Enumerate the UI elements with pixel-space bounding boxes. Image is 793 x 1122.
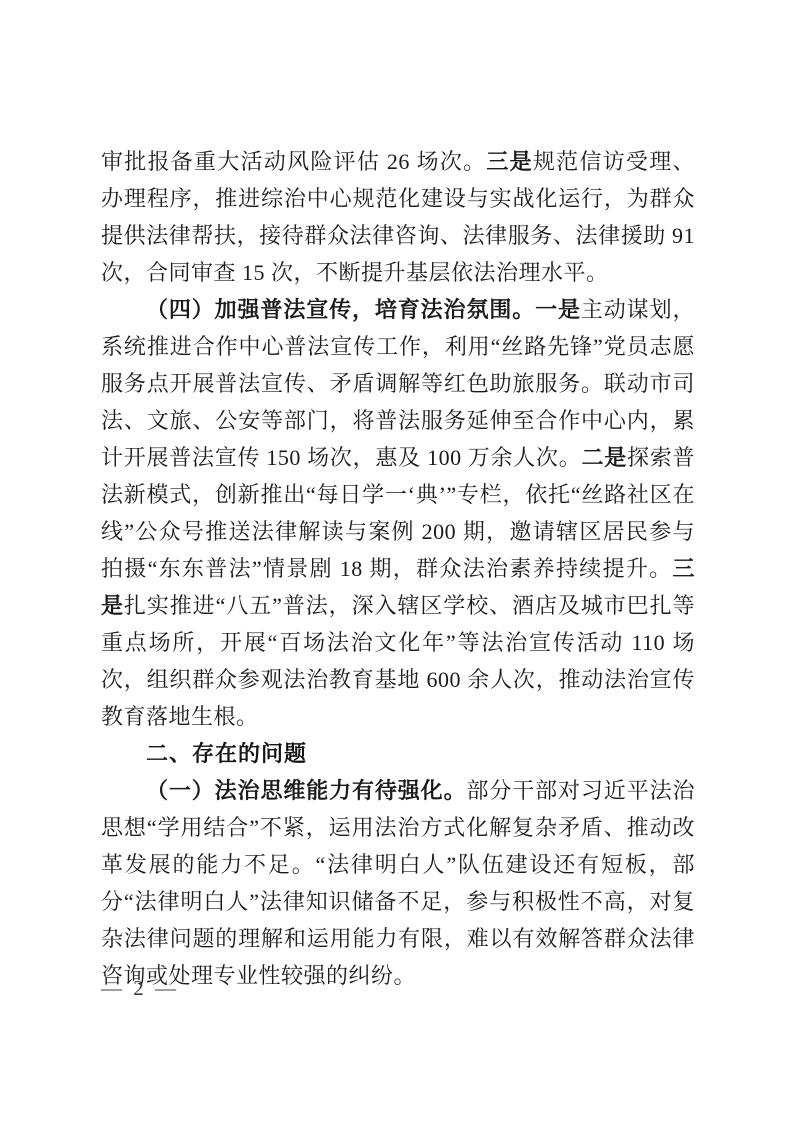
paragraph-continuation: 审批报备重大活动风险评估 26 场次。三是规范信访受理、办理程序，推进综治中心规…: [101, 143, 695, 291]
subheading-text: （四）加强普法宣传，培育法治氛围。: [146, 297, 535, 322]
emphasis-text: 三是: [486, 149, 533, 174]
emphasis-text: 一是: [535, 297, 581, 322]
document-body: 审批报备重大活动风险评估 26 场次。三是规范信访受理、办理程序，推进综治中心规…: [101, 143, 695, 994]
body-text: 扎实推进“八五”普法，深入辖区学校、酒店及城市巴扎等重点场所，开展“百场法治文化…: [101, 593, 695, 729]
page-number: — 2 —: [101, 976, 179, 1001]
paragraph-problem-1: （一）法治思维能力有待强化。部分干部对习近平法治思想“学用结合”不紧，运用法治方…: [101, 772, 695, 994]
subheading-text: （一）法治思维能力有待强化。: [146, 778, 466, 803]
paragraph-section-4: （四）加强普法宣传，培育法治氛围。一是主动谋划，系统推进合作中心普法宣传工作，利…: [101, 291, 695, 735]
body-text: 部分干部对习近平法治思想“学用结合”不紧，运用法治方式化解复杂矛盾、推动改革发展…: [101, 778, 695, 988]
emphasis-text: 二是: [582, 445, 627, 470]
document-page: 审批报备重大活动风险评估 26 场次。三是规范信访受理、办理程序，推进综治中心规…: [0, 0, 793, 1122]
body-text: 审批报备重大活动风险评估 26 场次。: [101, 149, 486, 174]
section-heading: 二、存在的问题: [101, 735, 695, 772]
